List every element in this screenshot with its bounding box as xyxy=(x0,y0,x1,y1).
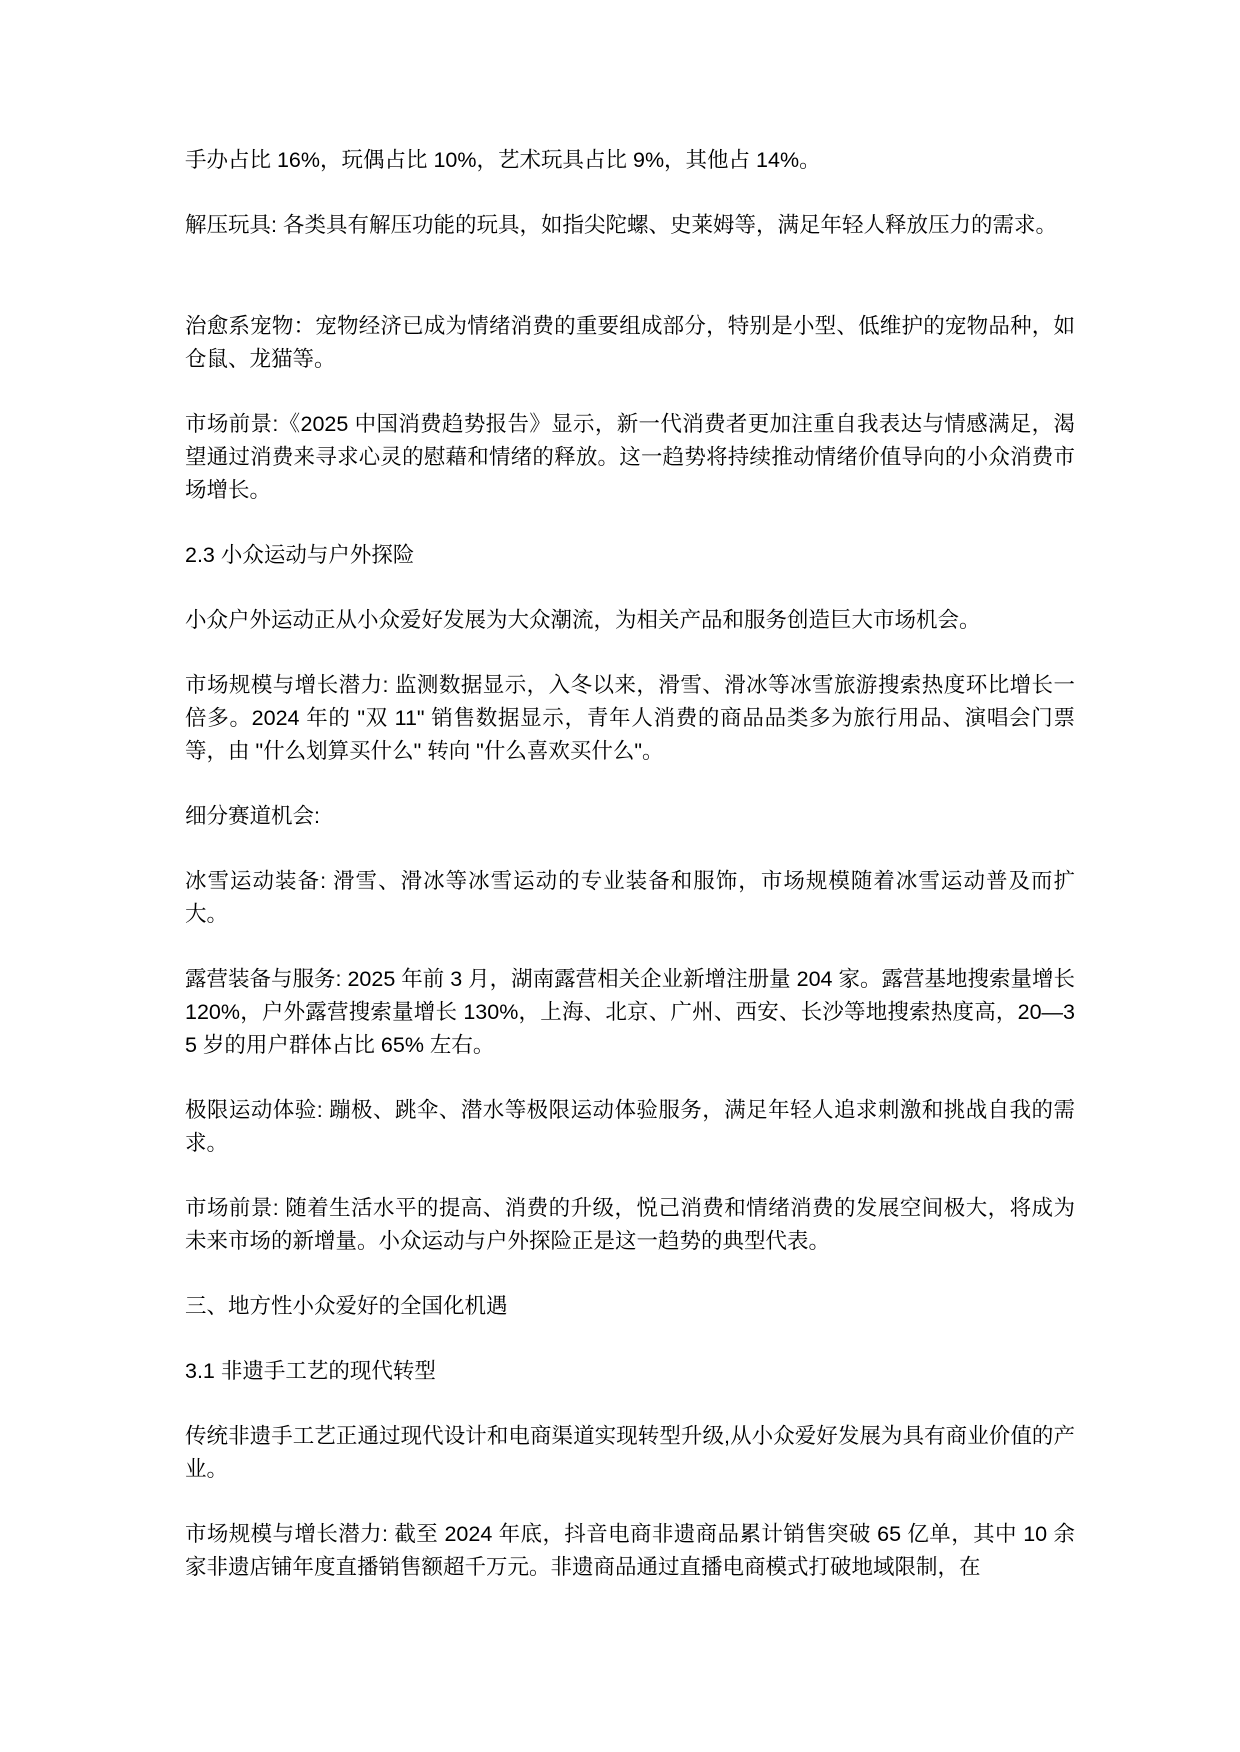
paragraph-healing-pets: 治愈系宠物：宠物经济已成为情绪消费的重要组成部分，特别是小型、低维护的宠物品种，… xyxy=(185,310,1075,376)
paragraph-camping-equipment-services: 露营装备与服务: 2025 年前 3 月，湖南露营相关企业新增注册量 204 家… xyxy=(185,963,1075,1062)
heading-heading-3-1: 3.1 非遗手工艺的现代转型 xyxy=(185,1355,1075,1388)
document-body: 手办占比 16%，玩偶占比 10%，艺术玩具占比 9%，其他占 14%。解压玩具… xyxy=(185,144,1075,1616)
paragraph-niche-outdoor-intro: 小众户外运动正从小众爱好发展为大众潮流，为相关产品和服务创造巨大市场机会。 xyxy=(185,604,1075,637)
heading-heading-2-3: 2.3 小众运动与户外探险 xyxy=(185,539,1075,572)
paragraph-toy-category-shares: 手办占比 16%，玩偶占比 10%，艺术玩具占比 9%，其他占 14%。 xyxy=(185,144,1075,177)
paragraph-intangible-heritage-intro: 传统非遗手工艺正通过现代设计和电商渠道实现转型升级,从小众爱好发展为具有商业价值… xyxy=(185,1420,1075,1486)
heading-heading-3: 三、地方性小众爱好的全国化机遇 xyxy=(185,1290,1075,1323)
paragraph-market-scale-ice-snow: 市场规模与增长潜力: 监测数据显示，入冬以来，滑雪、滑冰等冰雪旅游搜索热度环比增… xyxy=(185,669,1075,768)
document-page: 手办占比 16%，玩偶占比 10%，艺术玩具占比 9%，其他占 14%。解压玩具… xyxy=(0,0,1240,1752)
paragraph-market-scale-heritage: 市场规模与增长潜力: 截至 2024 年底，抖音电商非遗商品累计销售突破 65 … xyxy=(185,1518,1075,1584)
paragraph-ice-snow-equipment: 冰雪运动装备: 滑雪、滑冰等冰雪运动的专业装备和服饰，市场规模随着冰雪运动普及而… xyxy=(185,865,1075,931)
paragraph-market-outlook-emotional-consumption: 市场前景:《2025 中国消费趋势报告》显示，新一代消费者更加注重自我表达与情感… xyxy=(185,408,1075,507)
paragraph-decompression-toys: 解压玩具: 各类具有解压功能的玩具，如指尖陀螺、史莱姆等，满足年轻人释放压力的需… xyxy=(185,209,1075,242)
paragraph-segment-opportunities-label: 细分赛道机会: xyxy=(185,800,1075,833)
paragraph-extreme-sports-experience: 极限运动体验: 蹦极、跳伞、潜水等极限运动体验服务，满足年轻人追求刺激和挑战自我… xyxy=(185,1094,1075,1160)
paragraph-market-outlook-outdoor: 市场前景: 随着生活水平的提高、消费的升级，悦己消费和情绪消费的发展空间极大，将… xyxy=(185,1192,1075,1258)
